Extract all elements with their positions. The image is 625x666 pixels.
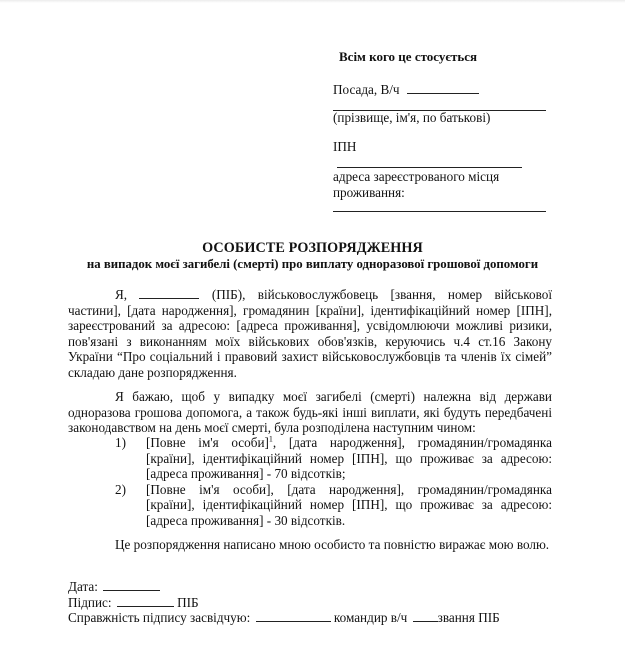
declaration-paragraph: Я, (ПІБ), військовослужбовець [звання, н… xyxy=(68,287,552,381)
distribution-text: Я бажаю, щоб у випадку моєї загибелі (см… xyxy=(68,389,552,435)
beneficiary-item: 2) [Повне ім'я особи], [дата народження]… xyxy=(68,482,552,529)
declarant-name-blank[interactable] xyxy=(139,287,199,299)
full-name-hint: (прізвище, ім'я, по батькові) xyxy=(333,110,490,126)
date-line: Дата: xyxy=(68,579,500,595)
date-blank[interactable] xyxy=(103,579,160,591)
beneficiary-name: [Повне ім'я особи] xyxy=(146,435,269,450)
document-title: ОСОБИСТЕ РОЗПОРЯДЖЕННЯ на випадок моєї з… xyxy=(0,240,625,272)
commander-label: командир в/ч xyxy=(334,610,407,625)
signature-blank[interactable] xyxy=(117,595,174,607)
address-label: адреса зареєстрованого місця проживання: xyxy=(333,169,533,201)
verifier-signature-blank[interactable] xyxy=(256,610,331,622)
declaration-start: Я, xyxy=(115,287,127,302)
beneficiary-item: 1) [Повне ім'я особи]1, [дата народження… xyxy=(68,435,552,482)
ipn-label: ІПН xyxy=(333,139,356,154)
signature-name-label: ПІБ xyxy=(177,595,199,610)
page-top-shade xyxy=(0,0,625,3)
addressee-heading: Всім кого це стосується xyxy=(339,49,548,65)
verification-line: Справжність підпису засвідчую: командир … xyxy=(68,610,500,626)
commander-unit-blank[interactable] xyxy=(413,610,438,622)
signature-line: Підпис: ПІБ xyxy=(68,595,500,611)
beneficiary-number: 1) xyxy=(115,435,126,451)
beneficiary-list: 1) [Повне ім'я особи]1, [дата народження… xyxy=(68,435,552,529)
rank-name-label: звання ПІБ xyxy=(438,610,500,625)
distribution-paragraph: Я бажаю, щоб у випадку моєї загибелі (см… xyxy=(68,389,552,436)
ipn-blank[interactable] xyxy=(337,155,522,168)
title-subtitle: на випадок моєї загибелі (смерті) про ви… xyxy=(0,256,625,272)
beneficiary-name: [Повне ім'я особи] xyxy=(146,482,271,497)
declaration-text: (ПІБ), військовослужбовець [звання, номе… xyxy=(68,287,552,380)
signature-block: Дата: Підпис: ПІБ Справжність підпису за… xyxy=(68,579,500,626)
full-name-blank[interactable] xyxy=(333,94,546,111)
beneficiary-number: 2) xyxy=(115,482,126,498)
addressee-block: Всім кого це стосується Посада, В/ч (прі… xyxy=(333,49,548,65)
date-label: Дата: xyxy=(68,579,98,594)
verification-label: Справжність підпису засвідчую: xyxy=(68,610,250,625)
signature-label: Підпис: xyxy=(68,595,112,610)
closing-statement: Це розпорядження написано мною особисто … xyxy=(115,537,549,553)
military-unit-blank[interactable] xyxy=(407,81,479,94)
title-main: ОСОБИСТЕ РОЗПОРЯДЖЕННЯ xyxy=(0,240,625,256)
address-blank[interactable] xyxy=(333,201,546,212)
ipn-line: ІПН xyxy=(333,139,548,172)
